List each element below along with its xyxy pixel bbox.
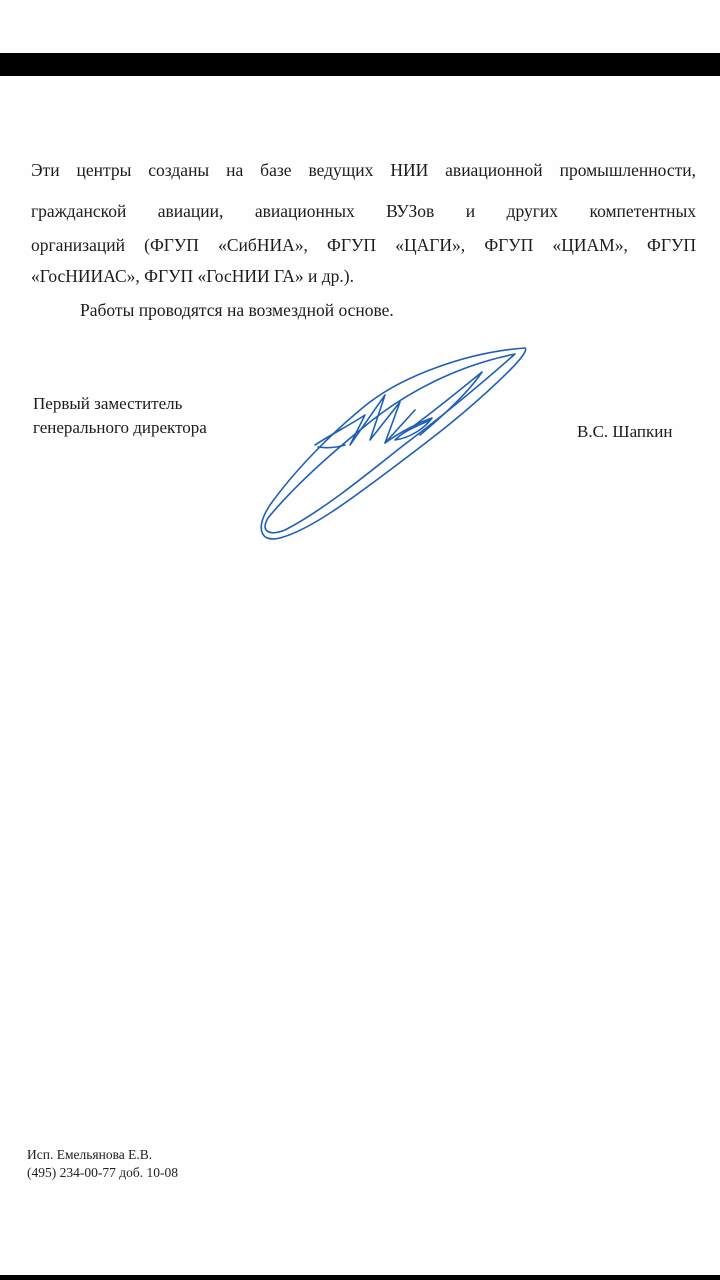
paragraph-line-4: «ГосНИИАС», ФГУП «ГосНИИ ГА» и др.). bbox=[31, 266, 696, 286]
signatory-name: В.С. Шапкин bbox=[577, 422, 672, 442]
second-paragraph: Работы проводятся на возмездной основе. bbox=[80, 300, 394, 320]
signatory-title-line-1: Первый заместитель bbox=[33, 394, 182, 414]
paragraph-line-1: Эти центры созданы на базе ведущих НИИ а… bbox=[31, 160, 696, 180]
top-black-bar bbox=[0, 53, 720, 76]
paragraph-line-3: организаций (ФГУП «СибНИА», ФГУП «ЦАГИ»,… bbox=[31, 235, 696, 255]
paragraph-line-2: гражданской авиации, авиационных ВУЗов и… bbox=[31, 201, 696, 221]
signature-strokes bbox=[261, 348, 525, 539]
handwritten-signature bbox=[250, 340, 540, 550]
bottom-black-bar bbox=[0, 1275, 720, 1280]
signatory-title-line-2: генерального директора bbox=[33, 418, 207, 438]
executor-phone: (495) 234-00-77 доб. 10-08 bbox=[27, 1165, 178, 1181]
executor-name: Исп. Емельянова Е.В. bbox=[27, 1147, 152, 1163]
